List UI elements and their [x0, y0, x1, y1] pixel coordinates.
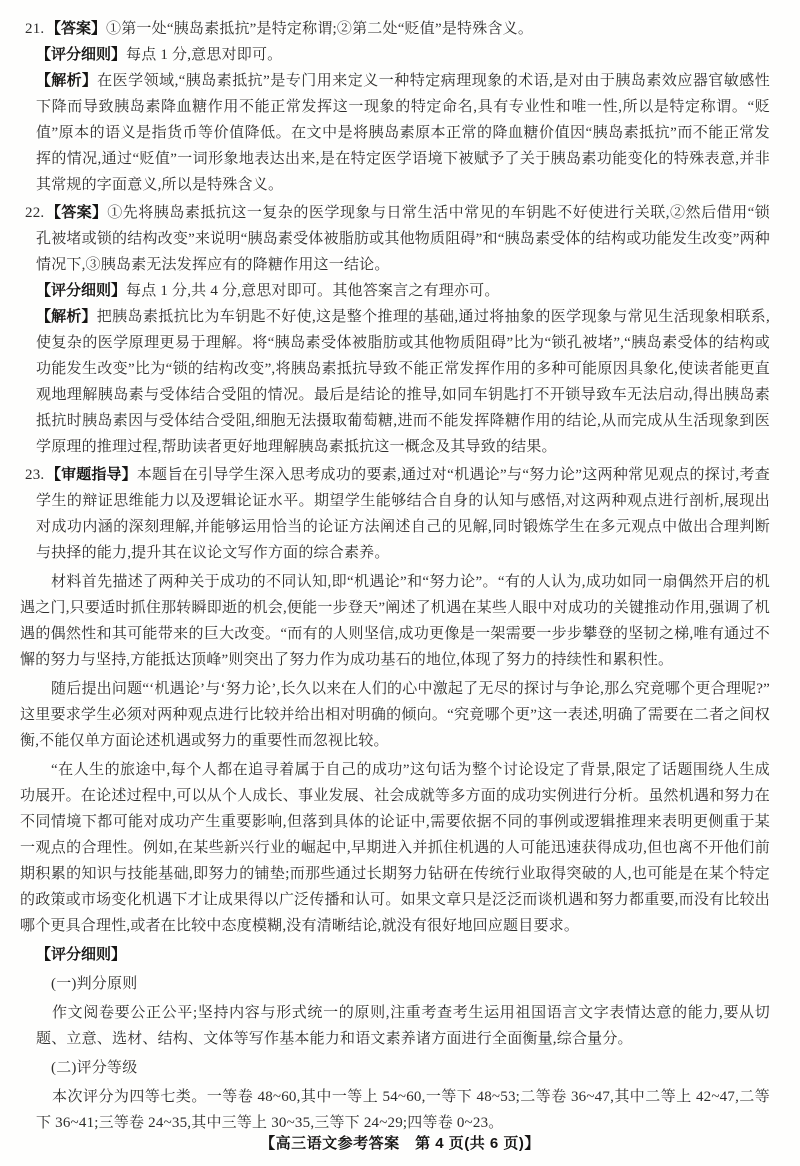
- scoring-text: 每点 1 分,意思对即可。: [126, 47, 282, 63]
- scoring-subsection-heading: (一)判分原则: [36, 971, 770, 997]
- analysis-text: 在医学领域,“胰岛素抵抗”是专门用来定义一种特定病理现象的术语,是对由于胰岛素效…: [36, 73, 770, 193]
- scoring-subsection-text: 作文阅卷要公正公平;坚持内容与形式统一的原则,注重考查考生运用祖国语言文字表情达…: [36, 1000, 770, 1052]
- question-22: 22. 【答案】①先将胰岛素抵抗这一复杂的医学现象与日常生活中常见的车钥匙不好使…: [25, 200, 770, 460]
- scoring-subsection-text: 本次评分为四等七类。一等卷 48~60,其中一等上 54~60,一等下 48~5…: [36, 1084, 770, 1136]
- question-number: 21.: [25, 16, 44, 42]
- scoring-subsection-heading: (二)评分等级: [36, 1055, 770, 1081]
- answer-label: 【答案】: [46, 20, 106, 37]
- analysis-text: 把胰岛素抵抗比为车钥匙不好使,这是整个推理的基础,通过将抽象的医学现象与常见生活…: [36, 309, 770, 455]
- answer-key-page: 21. 【答案】①第一处“胰岛素抵抗”是特定称谓;②第二处“贬值”是特殊含义。 …: [0, 0, 800, 1166]
- guide-paragraph: 随后提出问题“‘机遇论’与‘努力论’,长久以来在人们的心中激起了无尽的探讨与争论…: [20, 676, 770, 754]
- analysis-label: 【解析】: [36, 308, 97, 325]
- question-number: 23.: [25, 462, 44, 488]
- essay-scoring-section: 【评分细则】: [36, 942, 770, 968]
- answer-section: 【答案】①第一处“胰岛素抵抗”是特定称谓;②第二处“贬值”是特殊含义。: [36, 16, 770, 42]
- scoring-label: 【评分细则】: [36, 282, 126, 299]
- topic-guide-section: 【审题指导】本题旨在引导学生深入思考成功的要素,通过对“机遇论”与“努力论”这两…: [36, 462, 770, 566]
- scoring-section: 【评分细则】每点 1 分,共 4 分,意思对即可。其他答案言之有理亦可。: [36, 278, 770, 304]
- answer-label: 【答案】: [46, 204, 107, 221]
- topic-guide-label: 【审题指导】: [46, 466, 137, 483]
- scoring-label: 【评分细则】: [36, 946, 126, 963]
- analysis-section: 【解析】在医学领域,“胰岛素抵抗”是专门用来定义一种特定病理现象的术语,是对由于…: [36, 68, 770, 198]
- question-23: 23. 【审题指导】本题旨在引导学生深入思考成功的要素,通过对“机遇论”与“努力…: [25, 462, 770, 1136]
- answer-section: 【答案】①先将胰岛素抵抗这一复杂的医学现象与日常生活中常见的车钥匙不好使进行关联…: [36, 200, 770, 278]
- scoring-text: 每点 1 分,共 4 分,意思对即可。其他答案言之有理亦可。: [126, 283, 500, 299]
- question-21: 21. 【答案】①第一处“胰岛素抵抗”是特定称谓;②第二处“贬值”是特殊含义。 …: [25, 16, 770, 198]
- answer-text: ①第一处“胰岛素抵抗”是特定称谓;②第二处“贬值”是特殊含义。: [106, 21, 533, 37]
- scoring-label: 【评分细则】: [36, 46, 126, 63]
- analysis-section: 【解析】把胰岛素抵抗比为车钥匙不好使,这是整个推理的基础,通过将抽象的医学现象与…: [36, 304, 770, 460]
- topic-guide-text: 本题旨在引导学生深入思考成功的要素,通过对“机遇论”与“努力论”这两种常见观点的…: [36, 467, 770, 561]
- answer-text: ①先将胰岛素抵抗这一复杂的医学现象与日常生活中常见的车钥匙不好使进行关联,②然后…: [36, 205, 770, 273]
- guide-paragraph: 材料首先描述了两种关于成功的不同认知,即“机遇论”和“努力论”。“有的人认为,成…: [20, 569, 770, 673]
- page-footer: 【高三语文参考答案 第 4 页(共 6 页)】: [0, 1131, 800, 1157]
- question-number: 22.: [25, 200, 44, 226]
- guide-paragraph: “在人生的旅途中,每个人都在追寻着属于自己的成功”这句话为整个讨论设定了背景,限…: [20, 757, 770, 939]
- scoring-section: 【评分细则】每点 1 分,意思对即可。: [36, 42, 770, 68]
- analysis-label: 【解析】: [36, 72, 97, 89]
